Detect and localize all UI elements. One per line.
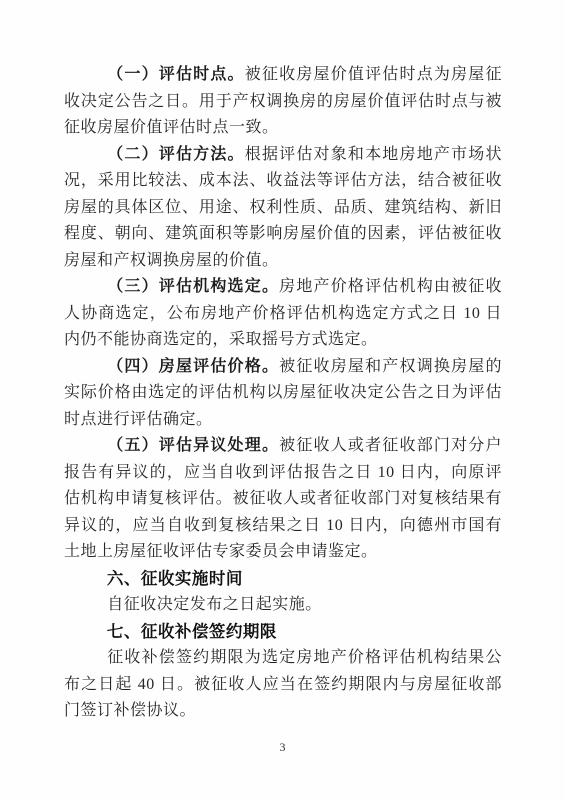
paragraph-label: （一）评估时点。 <box>107 66 245 83</box>
paragraph-label: （三）评估机构选定。 <box>107 278 279 295</box>
paragraph-label: （四）房屋评估价格。 <box>107 358 279 375</box>
paragraph-signing-deadline: 征收补偿签约期限为选定房地产价格评估机构结果公布之日起 40 日。被征收人应当在… <box>64 645 502 725</box>
section-heading-signing-deadline: 七、征收补偿签约期限 <box>64 619 502 646</box>
paragraph-evaluation-method: （二）评估方法。根据评估对象和本地房地产市场状况，采用比较法、成本法、收益法等评… <box>64 142 502 275</box>
paragraph-text: 根据评估对象和本地房地产市场状况，采用比较法、成本法、收益法等评估方法，结合被征… <box>64 146 502 269</box>
paragraph-text: 被征收人或者征收部门对分户报告有异议的，应当自收到评估报告之日 10 日内，向原… <box>64 437 502 560</box>
page-number: 3 <box>0 740 565 755</box>
paragraph-evaluation-time: （一）评估时点。被征收房屋价值评估时点为房屋征收决定公告之日。用于产权调换房的房… <box>64 62 502 142</box>
paragraph-label: （二）评估方法。 <box>107 146 245 163</box>
paragraph-implementation-time: 自征收决定发布之日起实施。 <box>64 592 502 619</box>
section-heading-implementation-time: 六、征收实施时间 <box>64 566 502 593</box>
document-content: （一）评估时点。被征收房屋价值评估时点为房屋征收决定公告之日。用于产权调换房的房… <box>64 62 502 725</box>
paragraph-agency-selection: （三）评估机构选定。房地产价格评估机构由被征收人协商选定，公布房地产价格评估机构… <box>64 274 502 354</box>
paragraph-label: （五）评估异议处理。 <box>107 437 279 454</box>
document-page: （一）评估时点。被征收房屋价值评估时点为房屋征收决定公告之日。用于产权调换房的房… <box>0 0 565 800</box>
paragraph-evaluation-price: （四）房屋评估价格。被征收房屋和产权调换房屋的实际价格由选定的评估机构以房屋征收… <box>64 354 502 434</box>
paragraph-dispute-handling: （五）评估异议处理。被征收人或者征收部门对分户报告有异议的，应当自收到评估报告之… <box>64 433 502 566</box>
